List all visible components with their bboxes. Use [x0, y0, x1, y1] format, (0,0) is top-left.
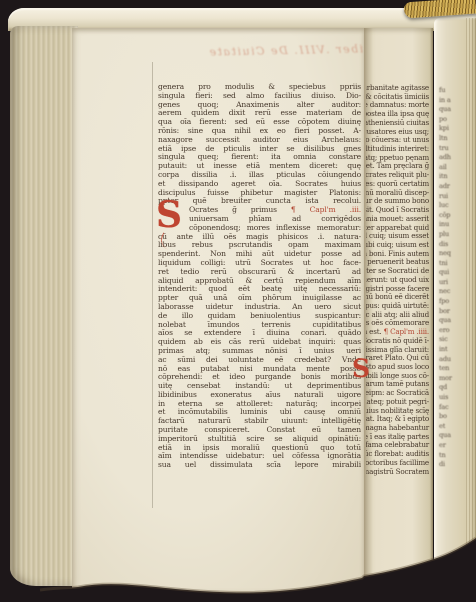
sliver-text-line: kpi	[439, 124, 469, 134]
sliver-text-line: tn	[439, 451, 469, 461]
facing-text-line: ueniens ubi pitagoreorū fama celebrabatu…	[366, 441, 430, 450]
facing-text-line: credibile est unius magistri posse facer…	[366, 285, 430, 294]
sliver-text-fragments: fuin aquapokpiltntruadhailitnadrruiluccō…	[439, 86, 469, 470]
facing-text-line: sicut Antistenes. Sic alii atq; alii ali…	[366, 311, 430, 320]
sliver-text-line: fac	[439, 403, 469, 413]
facing-text-line: eminētioribus in ea doctoribus facillime	[366, 459, 430, 468]
drop-cap-s-chapter3: S	[156, 200, 182, 230]
sliver-text-line: po	[439, 115, 469, 125]
sliver-text-line: ltn	[439, 134, 469, 144]
facing-text-line: natus: et ingenio mirabili longe suos cō…	[366, 372, 430, 381]
sliver-text-line: plu	[439, 230, 469, 240]
sliver-text-line: ail	[439, 163, 469, 173]
far-page-sliver: fuin aquapokpiltntruadhailitnadrruiluccō…	[434, 18, 476, 566]
facing-text-line: esset atheniensis honesto apud suos loco	[366, 363, 430, 372]
text-line: sua uel dissimulata scīa lepore mirabili	[158, 461, 361, 470]
sliver-text-line: cōp	[439, 211, 469, 221]
facing-text-line: studiū fuit in questionū moraliū discep-	[366, 189, 430, 198]
facing-text-line: discipulos anteiret: parum tamē putans	[366, 380, 430, 389]
main-text-column: genera pro modulis & speciebus ppriis si…	[158, 83, 361, 470]
facing-text-line: percipiendę fama rapiebat. Itaq; & ī egi…	[366, 415, 430, 424]
facing-text-line: quicquid italicę phīę tūc florebat: audi…	[366, 450, 430, 459]
sliver-text-line: qua	[439, 105, 469, 115]
sliver-text-line: et	[439, 422, 469, 432]
facing-text-line: longum est. ¶ Capl'm .iiii.	[366, 328, 430, 337]
facing-text-line: destruit: qm nō euidenter apparebat quid	[366, 224, 430, 233]
facing-text-line: calūniosa criminatiōe damnatus: morte	[366, 101, 430, 110]
facing-text-line: disputatiōibus dum omnia mouet: asserit	[366, 215, 430, 224]
facing-text-line: didicit quęcunq; illic magna habebantur	[366, 424, 430, 433]
sliver-text-line: adr	[439, 182, 469, 192]
facing-text-column: disserendi & acutissima urbanitate agita…	[366, 84, 430, 476]
sliver-text-line: di	[439, 460, 469, 470]
sliver-text-line: ero	[439, 326, 469, 336]
facing-text-line: natus: quāquauersum eū alicuius nobilita…	[366, 407, 430, 416]
sliver-text-line: neq	[439, 249, 469, 259]
sliver-text-line: inu	[439, 220, 469, 230]
sliver-text-line: tni	[439, 259, 469, 269]
facing-text-line: adeo populi indignatio cōuersa: ut unus	[366, 136, 430, 145]
facing-text-line: ipse sentiret: ut quod cuiq; uisum esset	[366, 232, 430, 241]
sliver-text-line: qui	[439, 268, 469, 278]
sliver-text-line: in a	[439, 96, 469, 106]
sliver-text-line: uri	[439, 278, 469, 288]
facing-text-line: damnauerat atheniensiū ciuitas	[366, 119, 430, 128]
facing-text-line: publice doleret: ī duos accusatores eius…	[366, 128, 430, 137]
sliver-text-line: rui	[439, 192, 469, 202]
chapter-rubric: ¶ Capl'm .iii.	[291, 205, 361, 214]
sliver-text-line: bor	[439, 307, 469, 317]
margin-rule-line	[152, 62, 153, 508]
main-page: Liber .VIII. De Ciuitate genera pro modu…	[72, 28, 364, 594]
sliver-text-line: fpo	[439, 297, 469, 307]
sliver-text-line: uis	[439, 393, 469, 403]
facing-text-line: constitueretur finem boni. Finis autem	[366, 250, 430, 259]
facing-text-line: merito excellentissima glīa claruit:	[366, 346, 430, 355]
facing-text-line: ac docebantur: et inde ī eas italię part…	[366, 433, 430, 442]
sliver-text-line: tru	[439, 144, 469, 154]
sliver-text-line: int	[439, 345, 469, 355]
facing-text-line: ad pficiendę phīę sufficere seipm: ac So…	[366, 389, 430, 398]
sliver-text-line: mor	[439, 374, 469, 384]
facing-text-line: Ed inter discipulos Socratis nō quidē ī-	[366, 337, 430, 346]
sliver-text-line: er	[439, 441, 469, 451]
facing-text-line: similem alter euaderet. Tam pręclara ğ	[366, 162, 430, 171]
sliver-text-line: bo	[439, 412, 469, 422]
sliver-text-line: qd	[439, 383, 469, 393]
sliver-text-line: fu	[439, 86, 469, 96]
facing-text-line: quo fieri hō beatus possit. Quod ī Socra…	[366, 206, 430, 215]
facing-page-strip: disserendi & acutissima urbanitate agita…	[364, 28, 433, 578]
sliver-text-line: luc	[439, 201, 469, 211]
facing-text-line: uitę mortisq; fama Socrates reliquit plu…	[366, 171, 430, 180]
facing-text-line: tatiōe uersari: ubi agitur de summo bono	[366, 197, 430, 206]
facing-text-line: atq; uersasse. Vnde & cōcitatis īimiciis	[366, 93, 430, 102]
facing-text-line: rimos suę phīę sectatores: quorū certati…	[366, 180, 430, 189]
facing-text-line: disciplinā: quā longe lateq; potuit pegr…	[366, 398, 430, 407]
facing-text-line: inde sumpserunt: ut ubi cuiq; uisum est	[366, 241, 430, 250]
chapter-rubric: ¶ Capl'm .iiii.	[384, 328, 429, 336]
sliver-text-line: qua	[439, 431, 469, 441]
facing-text-line: multatus est. Sed cū postea illa ipsa qu…	[366, 110, 430, 119]
book-photo-stage: Liber .VIII. De Ciuitate genera pro modu…	[0, 0, 476, 602]
sliver-text-line: adu	[439, 355, 469, 365]
facing-text-line: appellatur: quo quisq; cū peruenerit bea…	[366, 258, 430, 267]
drop-cap-s-chapter4: S	[352, 358, 370, 380]
sliver-text-line: ten	[439, 364, 469, 374]
facing-text-line: cōprehendit. Et quia magistrū Socratem	[366, 468, 430, 477]
showthrough-running-header: Liber .VIII. De Ciuitate	[190, 42, 390, 62]
sliver-text-line: dis	[439, 240, 469, 250]
sliver-text-line: itn	[439, 172, 469, 182]
left-fore-edge-stack	[10, 26, 78, 586]
sliver-text-line: nec	[439, 287, 469, 297]
facing-text-line: uoluptatē: sicut Aristippus: quidā uirtu…	[366, 302, 430, 311]
facing-text-line: sectatores: quidam summū bonū eē dicerēt	[366, 293, 430, 302]
facing-text-line: est. Sic aūt diuersas inter se Socratici…	[366, 267, 430, 276]
sliver-text-line: adh	[439, 153, 469, 163]
sliver-text-line: qua	[439, 316, 469, 326]
facing-text-line: opprimeretur ui multitudinis interiret:	[366, 145, 430, 154]
facing-text-line: disserendi & acutissima urbanitate agita…	[366, 84, 430, 93]
facing-text-line: atq; aliud opinati sunt: quos oēs cōmemo…	[366, 319, 430, 328]
facing-text-line: qui oīo ceteros obscuraret Plato. Qui cū	[366, 354, 430, 363]
facing-text-line: exilio aūt uoluntario atq; ppetuo pęnam	[366, 154, 430, 163]
facing-text-line: illo fine sentētias habuerunt: ut quod u…	[366, 276, 430, 285]
sliver-text-line: sic	[439, 335, 469, 345]
